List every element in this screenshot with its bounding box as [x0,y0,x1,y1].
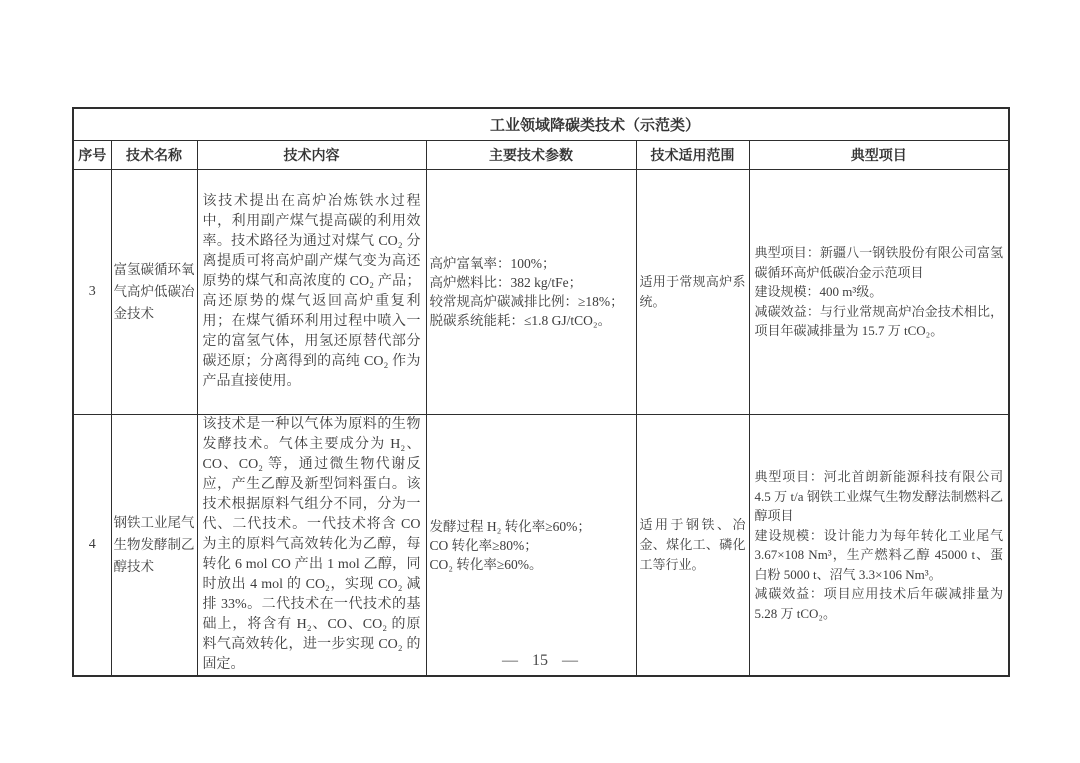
cell-applicable-scope: 适用于钢铁、冶金、煤化工、磷化工等行业。 [636,415,749,677]
page-number: — 15 — [0,652,1080,670]
table-row: 4 钢铁工业尾气生物发酵制乙醇技术 该技术是一种以气体为原料的生物发酵技术。气体… [73,415,1009,677]
header-tech-content: 技术内容 [197,141,426,170]
cell-serial-number: 3 [73,170,111,415]
table-header-row: 序号 技术名称 技术内容 主要技术参数 技术适用范围 典型项目 [73,141,1009,170]
table-title-row: 工业领域降碳类技术（示范类） [73,108,1009,141]
cell-tech-name: 钢铁工业尾气生物发酵制乙醇技术 [111,415,197,677]
table-title: 工业领域降碳类技术（示范类） [73,108,1009,141]
header-serial-number: 序号 [73,141,111,170]
header-tech-params: 主要技术参数 [426,141,636,170]
cell-tech-content: 该技术是一种以气体为原料的生物发酵技术。气体主要成分为 H₂、CO、CO₂ 等，… [197,415,426,677]
cell-tech-params: 发酵过程 H₂ 转化率≥60%； CO 转化率≥80%； CO₂ 转化率≥60%… [426,415,636,677]
cell-serial-number: 4 [73,415,111,677]
cell-tech-params: 高炉富氧率：100%； 高炉燃料比：382 kg/tFe； 较常规高炉碳减排比例… [426,170,636,415]
cell-tech-content: 该技术提出在高炉冶炼铁水过程中，利用副产煤气提高碳的利用效率。技术路径为通过对煤… [197,170,426,415]
header-typical-project: 典型项目 [749,141,1009,170]
header-applicable-scope: 技术适用范围 [636,141,749,170]
technology-table: 工业领域降碳类技术（示范类） 序号 技术名称 技术内容 主要技术参数 技术适用范… [72,107,1010,677]
header-tech-name: 技术名称 [111,141,197,170]
cell-tech-name: 富氢碳循环氧气高炉低碳冶金技术 [111,170,197,415]
cell-applicable-scope: 适用于常规高炉系统。 [636,170,749,415]
table-row: 3 富氢碳循环氧气高炉低碳冶金技术 该技术提出在高炉冶炼铁水过程中，利用副产煤气… [73,170,1009,415]
cell-typical-project: 典型项目：河北首朗新能源科技有限公司 4.5 万 t/a 钢铁工业煤气生物发酵法… [749,415,1009,677]
cell-typical-project: 典型项目：新疆八一钢铁股份有限公司富氢碳循环高炉低碳冶金示范项目 建设规模：40… [749,170,1009,415]
